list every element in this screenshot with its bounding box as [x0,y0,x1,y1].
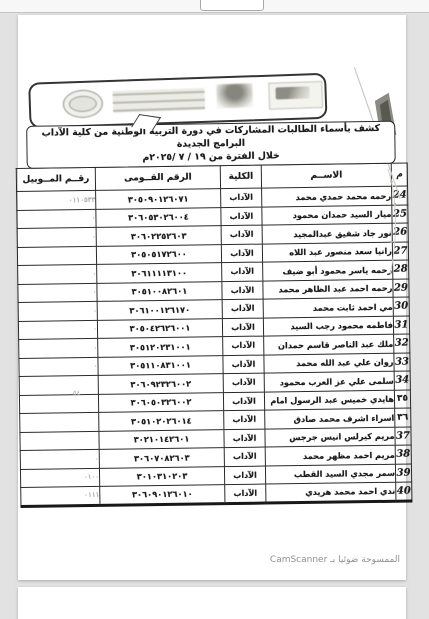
eagle-emblem-stamp [216,83,253,108]
student-mobile: ٠ [20,449,99,469]
student-mobile [17,246,96,266]
student-name: مريم كيرلس انيس جرجس [265,427,395,447]
student-national-id: ٣٠٥٠٩٠١٢٦٠٧١ [96,189,221,209]
header-college: الكلية [220,165,261,189]
student-name: ندي احمد محمد هريدي [266,482,396,502]
document-page-1: كشف بأسماء الطالبات المشاركات في دورة ال… [18,15,406,580]
student-college: الآداب [224,410,265,429]
row-number: ٣٥ [394,390,410,409]
student-college: الآداب [224,447,265,466]
student-college: الآداب [222,262,263,281]
scan-speck [390,241,393,243]
row-number: 30 [393,297,409,316]
student-mobile: ٠ [18,301,97,321]
student-college: الآداب [223,336,264,355]
student-mobile [20,412,99,432]
row-number: 37 [395,427,411,446]
student-mobile [19,394,98,414]
document-title-line-2: خلال الفترة من ١٩ / ٧ /٢٠٢٥م [142,151,279,165]
scanned-sheet: كشف بأسماء الطالبات المشاركات في دورة ال… [16,13,412,583]
student-mobile: ٠١١١ [21,486,100,506]
student-national-id: ٣٠٥٠٤٢٦٢٦٠٠١ [97,318,222,338]
student-college: الآداب [222,318,263,337]
row-number: 34 [394,371,410,390]
student-national-id: ٣٠٦١٠٠١٢٦١٧٠ [97,300,222,320]
student-mobile: ٠ [18,264,97,284]
student-name: مي احمد ثابت محمد [263,297,393,317]
student-mobile [20,431,99,451]
student-national-id: ٣٠٥١٢٠٢٣١٠٠١ [98,337,223,357]
student-college: الآداب [223,355,264,374]
row-number: 33 [394,353,410,372]
student-mobile: ٠ [18,320,97,340]
row-number: 32 [394,334,410,353]
student-national-id: ٣٠٦٠٧٠٨٢٦٠٣ [99,448,224,468]
student-name: اسراء اشرف محمد صادق [265,408,395,428]
student-college: الآداب [224,429,265,448]
paper-edge-artifacts [346,49,407,290]
student-mobile: ٠ [19,357,98,377]
student-national-id: ٣٠٦٠٩٠١٢٦٠١٠ [100,485,225,505]
student-college: الآداب [221,244,262,263]
row-number: 40 [396,482,412,501]
student-national-id: ٣٠٦١١١١٣١٠٠ [97,263,222,283]
student-college: الآداب [223,373,264,392]
student-mobile: ٠ [18,283,97,303]
row-number: 38 [395,445,411,464]
document-title-box: كشف بأسماء الطالبات المشاركات في دورة ال… [26,121,396,169]
student-mobile [19,375,98,395]
student-name: فاطمه محمود رجب السيد [263,316,393,336]
document-page-2 [18,587,406,619]
student-college: الآداب [221,207,262,226]
student-college: الآداب [221,188,262,207]
student-national-id: ٣٠٥١٠٠٨٢٦٠١ [97,281,222,301]
student-mobile: ٠١٠٠ [20,468,99,488]
university-seal-stamp [62,89,103,118]
student-college: الآداب [221,225,262,244]
header-national-id: الرقم القــومى [95,166,220,191]
student-mobile: ٠ [19,338,98,358]
student-national-id: ٣٠٦٠٥٠٣٢٦٠٠٢ [98,392,223,412]
student-name: روان علي عبد الله محمد [264,353,394,373]
student-name: هايدي خميس عبد الرسول امام [264,390,394,410]
student-college: الآداب [222,299,263,318]
student-national-id: ٣٠٥١٠٢٠٢٦٠١٤ [99,411,224,431]
college-emblem-stamp [268,81,323,110]
row-number: 39 [395,464,411,483]
letterhead-stamp-box [28,73,327,129]
page-indicator[interactable] [200,0,264,11]
student-national-id: ٣٠٢١٠١٤٢٦٠١ [99,429,224,449]
row-number: ٣٦ [395,408,411,427]
student-national-id: ٣٠٥١١٠٨٣١٠٠١ [98,355,223,375]
student-name: سلمى علي عز العرب محمود [264,371,394,391]
student-mobile: ٠ [17,227,96,247]
document-title-line-1: كشف بأسماء الطالبات المشاركات في دورة ال… [27,123,394,153]
row-number: 31 [393,316,409,335]
student-mobile: ٠١١٠٥٣٣ [17,190,96,210]
student-college: الآداب [225,484,266,503]
header-mobile: رقــم المــوبيل [16,167,95,191]
student-national-id: ٣٠١٠٣١٠٢٠٣ [99,466,224,486]
viewer-canvas: { "viewer": { "footer_note": "الممسوحة ض… [0,0,429,619]
scan-speck [394,203,396,206]
student-name: مريم احمد مظهر محمد [265,445,395,465]
student-national-id: ٣٠٥٠٥١٧٢٦٠٠ [96,244,221,264]
camscanner-footer-note: الممسوحة ضوئيا بـ CamScanner [270,555,400,565]
student-college: الآداب [223,392,264,411]
handwritten-margin-note: ٥٤ [73,389,81,397]
student-national-id: ٣٠٦٠٢٢٥٢٦٠٣ [96,226,221,246]
student-national-id: ٣٠٦٠٥٣٠٢٦٠٠٤ [96,207,221,227]
student-college: الآداب [222,281,263,300]
student-national-id: ٣٠٦٠٩٢٣٢٦٠٠٢ [98,374,223,394]
student-name: ملك عبد الناصر قاسم حمدان [264,334,394,354]
faded-text-stamp [112,88,205,113]
student-college: الآداب [224,466,265,485]
scan-speck [390,181,393,183]
student-name: سمر مجدي السيد القطب [265,464,395,484]
student-mobile: ٠ [17,209,96,229]
